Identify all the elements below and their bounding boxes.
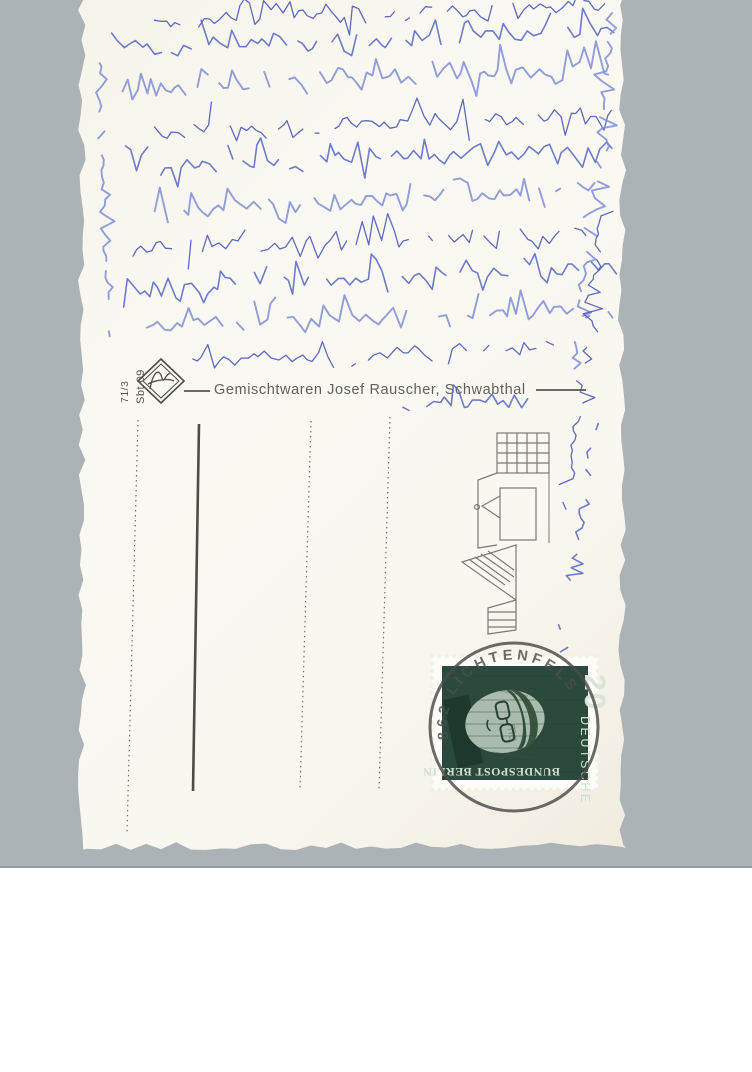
scan-bottom-margin [0, 868, 752, 1072]
postcard-back [78, 0, 626, 850]
publisher-imprint: Gemischtwaren Josef Rauscher, Schwabthal [214, 382, 544, 398]
paper-order-code: Sbt 09 [135, 358, 148, 404]
paper-series-code: 71/3 [119, 363, 131, 403]
divider-dash-left [184, 390, 210, 392]
